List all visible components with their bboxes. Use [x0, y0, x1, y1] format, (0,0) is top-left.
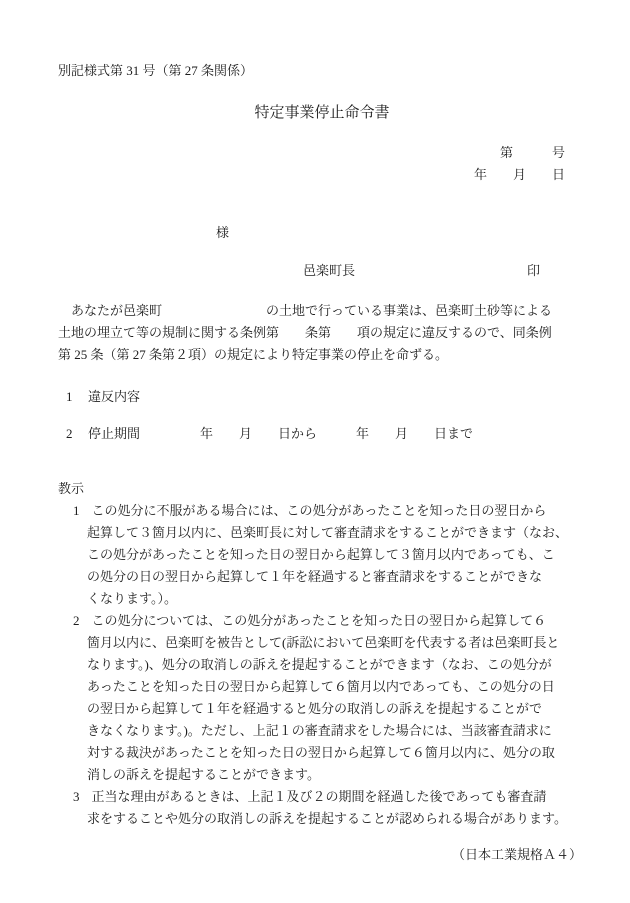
legal-notice-heading: 教示 — [58, 478, 586, 500]
issue-date-line: 年 月 日 — [58, 164, 565, 186]
issuer-line: 邑楽町長印 — [58, 260, 586, 282]
item-number: 2 — [73, 613, 80, 628]
legal-notice-text: この処分に不服がある場合には、この処分があったことを知った日の翌日から 起算して… — [87, 503, 568, 606]
document-number-line: 第 号 — [58, 142, 565, 164]
item-number: 2 — [66, 423, 76, 445]
legal-notice-item-2: 2この処分については、この処分があったことを知った日の翌日から起算して６ 箇月以… — [58, 610, 586, 786]
violation-label: 違反内容 — [88, 389, 140, 404]
document-title: 特定事業停止命令書 — [58, 102, 586, 124]
number-date-block: 第 号 年 月 日 — [58, 142, 586, 186]
paper-size-note: （日本工業規格Ａ４） — [58, 844, 586, 866]
legal-notice-text: この処分については、この処分があったことを知った日の翌日から起算して６ 箇月以内… — [87, 613, 559, 782]
addressee-honorific: 様 — [216, 225, 229, 240]
issuer-title: 邑楽町長 — [303, 263, 355, 278]
order-body-paragraph: あなたが邑楽町 の土地で行っている事業は、邑楽町土砂等による 土地の埋立て等の規… — [58, 300, 586, 366]
legal-notice-item-1: 1この処分に不服がある場合には、この処分があったことを知った日の翌日から 起算し… — [58, 500, 586, 610]
item-number: 1 — [66, 386, 76, 408]
suspension-period-blanks: 年 月 日から 年 月 日まで — [200, 426, 473, 441]
document-page: 別記様式第 31 号（第 27 条関係） 特定事業停止命令書 第 号 年 月 日… — [0, 0, 630, 903]
seal-mark: 印 — [527, 260, 540, 282]
item-number: 1 — [73, 503, 80, 518]
suspension-period-label: 停止期間 — [88, 426, 140, 441]
addressee-line: 様 — [58, 222, 586, 244]
legal-notice-text: 正当な理由があるときは、上記１及び２の期間を経過した後であっても審査請 求をする… — [87, 789, 567, 826]
legal-notice-item-3: 3正当な理由があるときは、上記１及び２の期間を経過した後であっても審査請 求をす… — [58, 786, 586, 830]
form-number-note: 別記様式第 31 号（第 27 条関係） — [58, 60, 586, 82]
item-number: 3 — [73, 789, 80, 804]
violation-item: 1違反内容 — [58, 386, 586, 408]
suspension-period-item: 2停止期間年 月 日から 年 月 日まで — [58, 423, 586, 445]
